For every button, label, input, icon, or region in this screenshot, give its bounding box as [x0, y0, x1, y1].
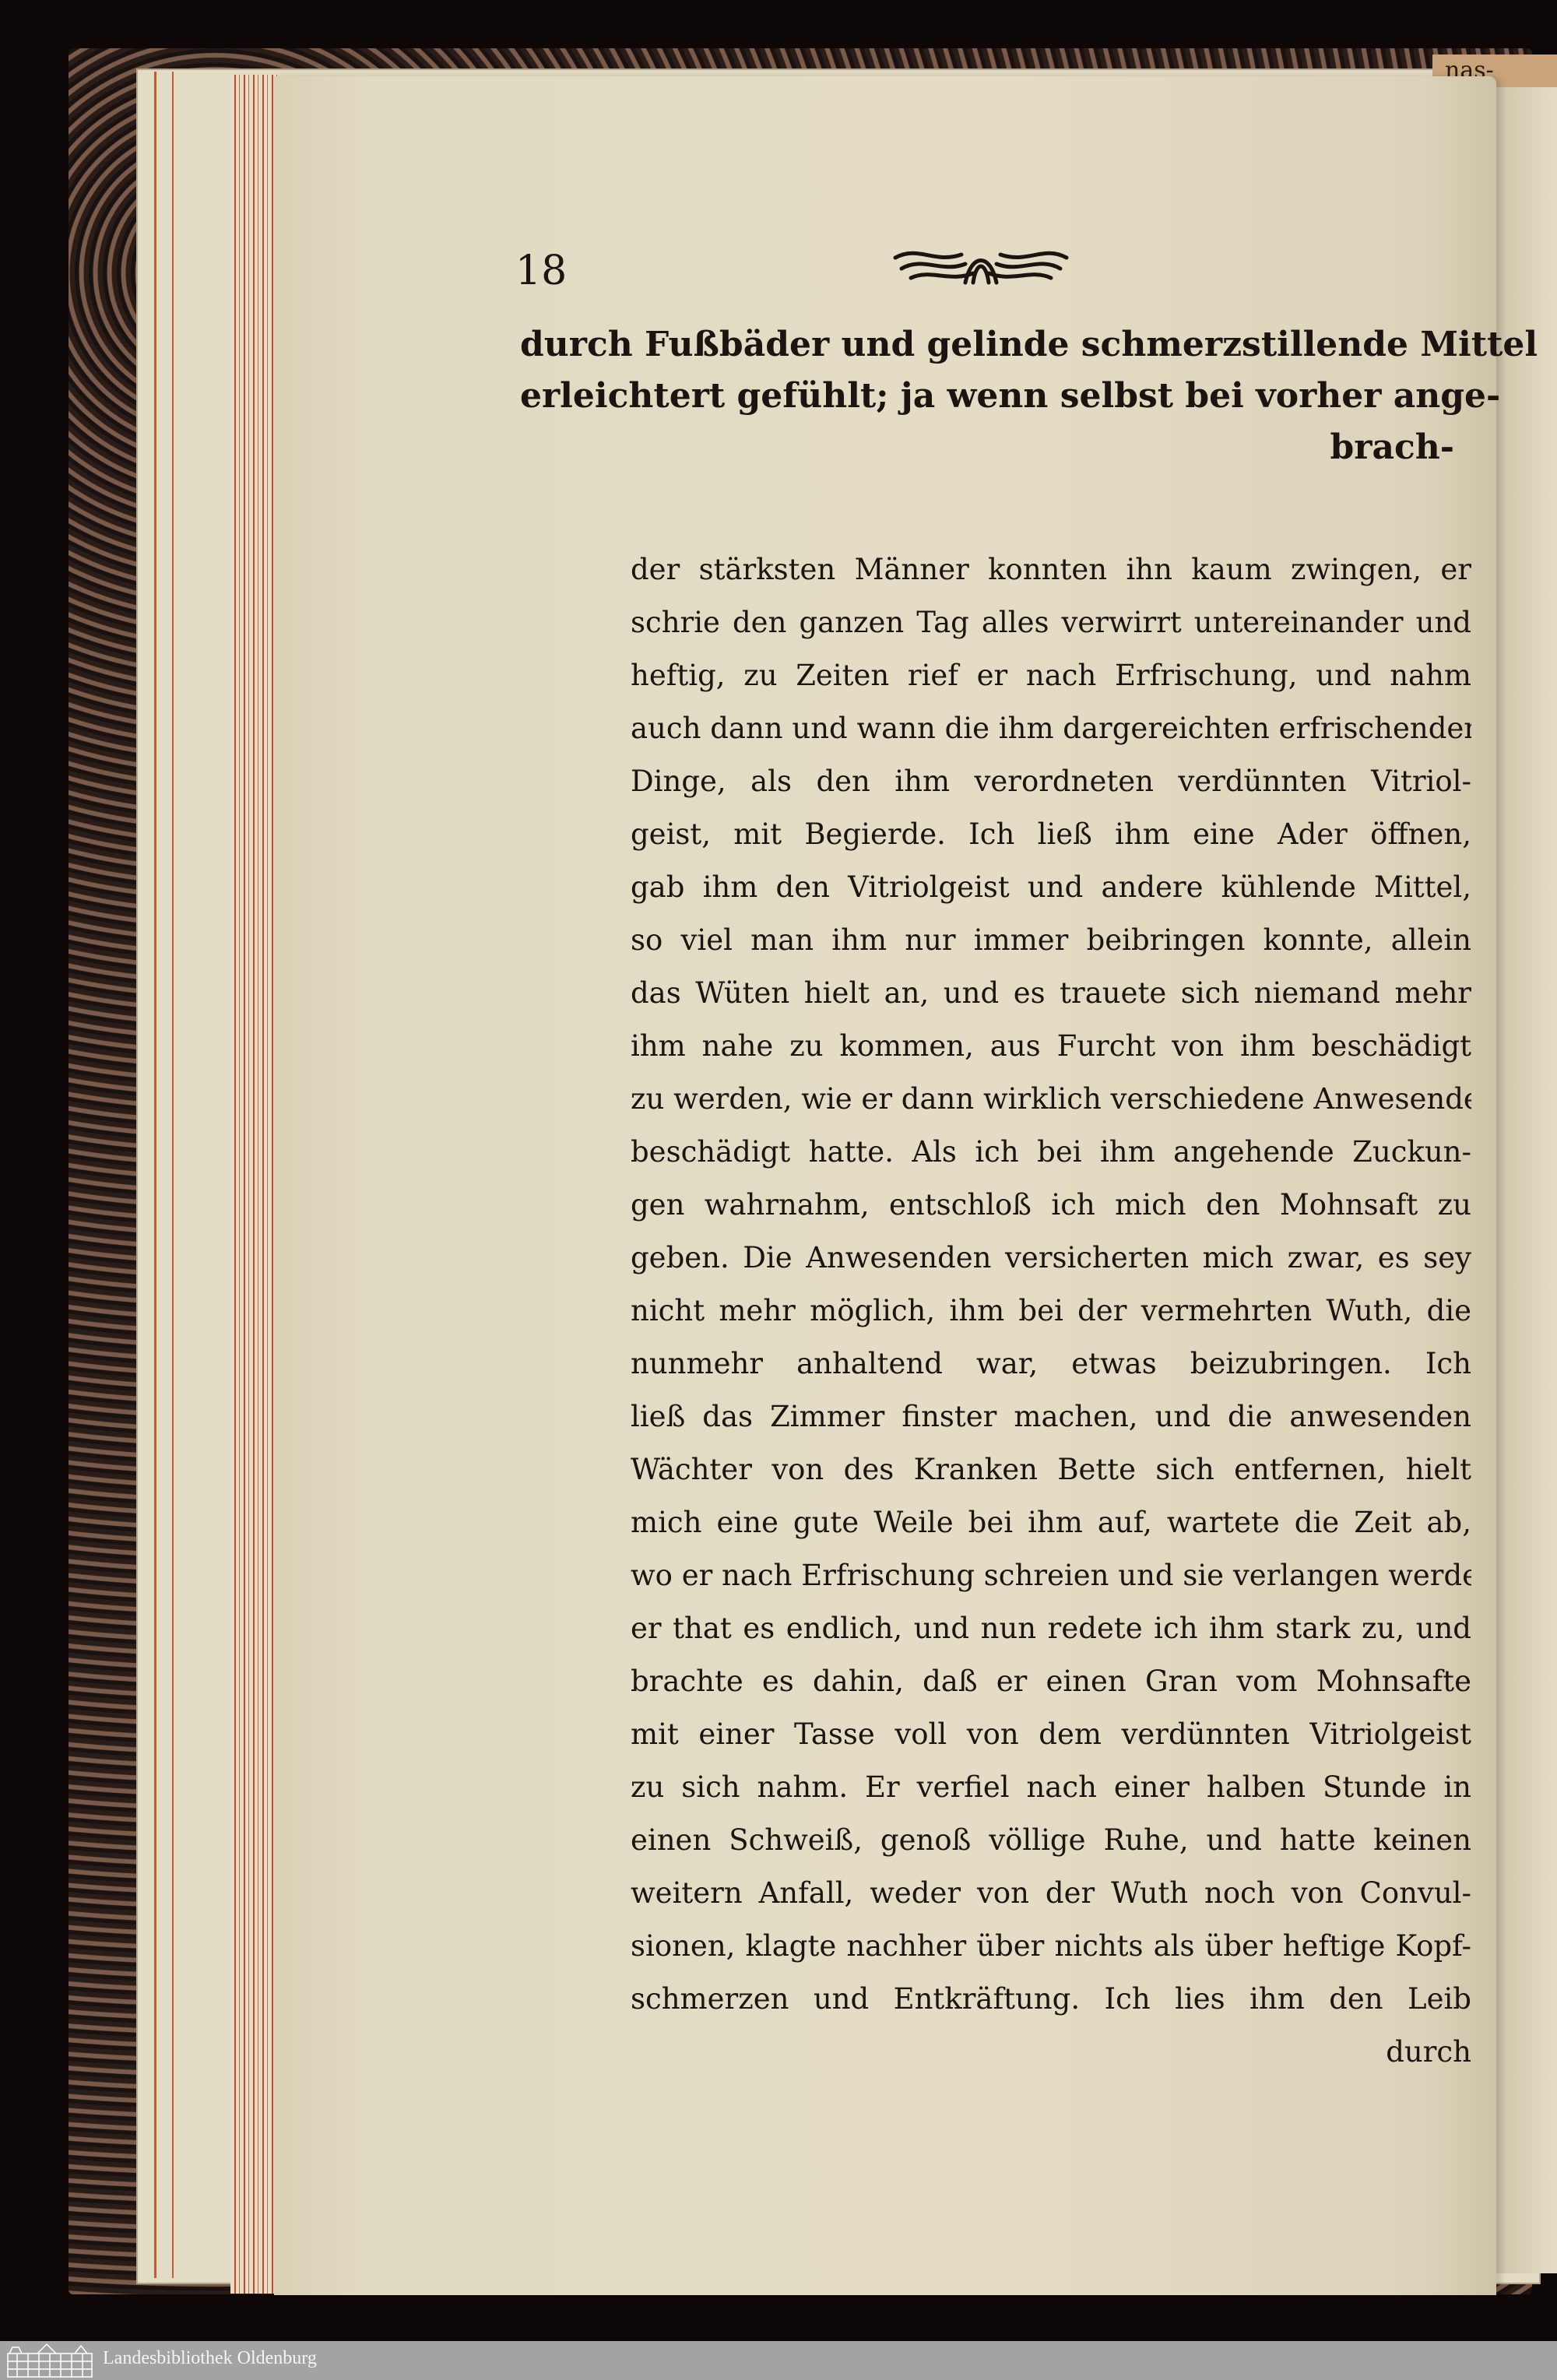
text-line: gen wahrnahm, entschloß ich mich den Moh… [631, 1179, 1471, 1232]
text-line: das Wüten hielt an, und es trauete sich … [631, 967, 1471, 1020]
catchword: durch [631, 2026, 1471, 2079]
text-line: einen Schweiß, genoß völlige Ruhe, und h… [631, 1814, 1471, 1867]
text-line: nunmehr anhaltend war, etwas beizubringe… [631, 1338, 1471, 1390]
library-footer-bar: Landesbibliothek Oldenburg [0, 2341, 1557, 2380]
text-line: zu sich nahm. Er verfiel nach einer halb… [631, 1761, 1471, 1814]
text-line: Wächter von des Kranken Bette sich entfe… [631, 1443, 1471, 1496]
red-page-edge-stack [230, 75, 277, 2294]
text-line: wo er nach Erfrischung schreien und sie … [631, 1549, 1471, 1602]
text-line: durch Fußbäder und gelinde schmerzstille… [520, 319, 1454, 371]
next-page-edge [1496, 86, 1557, 2273]
library-building-icon [6, 2343, 93, 2378]
library-name: Landesbibliothek Oldenburg [103, 2348, 317, 2369]
text-line: ihm nahe zu kommen, aus Furcht von ihm b… [631, 1020, 1471, 1073]
text-line: brachte es dahin, daß er einen Gran vom … [631, 1655, 1471, 1708]
text-line: gab ihm den Vitriolgeist und andere kühl… [631, 861, 1471, 914]
text-line: zu werden, wie er dann wirklich verschie… [631, 1073, 1471, 1126]
text-line: nicht mehr möglich, ihm bei der vermehrt… [631, 1285, 1471, 1338]
text-line: ließ das Zimmer finster machen, und die … [631, 1390, 1471, 1443]
text-line: geben. Die Anwesenden versicherten mich … [631, 1232, 1471, 1285]
ornament-icon [887, 237, 1074, 286]
text-line: sionen, klagte nachher über nichts als ü… [631, 1920, 1471, 1973]
text-line: mit einer Tasse voll von dem verdünnten … [631, 1708, 1471, 1761]
page-number: 18 [515, 248, 567, 294]
text-line: so viel man ihm nur immer beibringen kon… [631, 914, 1471, 967]
text-line: brach- [520, 422, 1454, 473]
intro-paragraph: durch Fußbäder und gelinde schmerzstille… [520, 319, 1454, 473]
text-line: schrie den ganzen Tag alles verwirrt unt… [631, 596, 1471, 649]
text-line: Dinge, als den ihm verordneten verdünnte… [631, 755, 1471, 808]
text-line: der stärksten Männer konnten ihn kaum zw… [631, 543, 1471, 596]
text-line: mich eine gute Weile bei ihm auf, wartet… [631, 1496, 1471, 1549]
text-line: auch dann und wann die ihm dargereichten… [631, 702, 1471, 755]
text-line: er that es endlich, und nun redete ich i… [631, 1602, 1471, 1655]
red-page-edge-lines [154, 72, 174, 2278]
quoted-case-paragraph: der stärksten Männer konnten ihn kaum zw… [631, 543, 1471, 2079]
text-line: heftig, zu Zeiten rief er nach Erfrischu… [631, 649, 1471, 702]
text-line: schmerzen und Entkräftung. Ich lies ihm … [631, 1973, 1471, 2026]
text-line: erleichtert gefühlt; ja wenn selbst bei … [520, 371, 1454, 422]
text-line: beschädigt hatte. Als ich bei ihm angehe… [631, 1126, 1471, 1179]
text-line: weitern Anfall, weder von der Wuth noch … [631, 1867, 1471, 1920]
text-line: geist, mit Begierde. Ich ließ ihm eine A… [631, 808, 1471, 861]
